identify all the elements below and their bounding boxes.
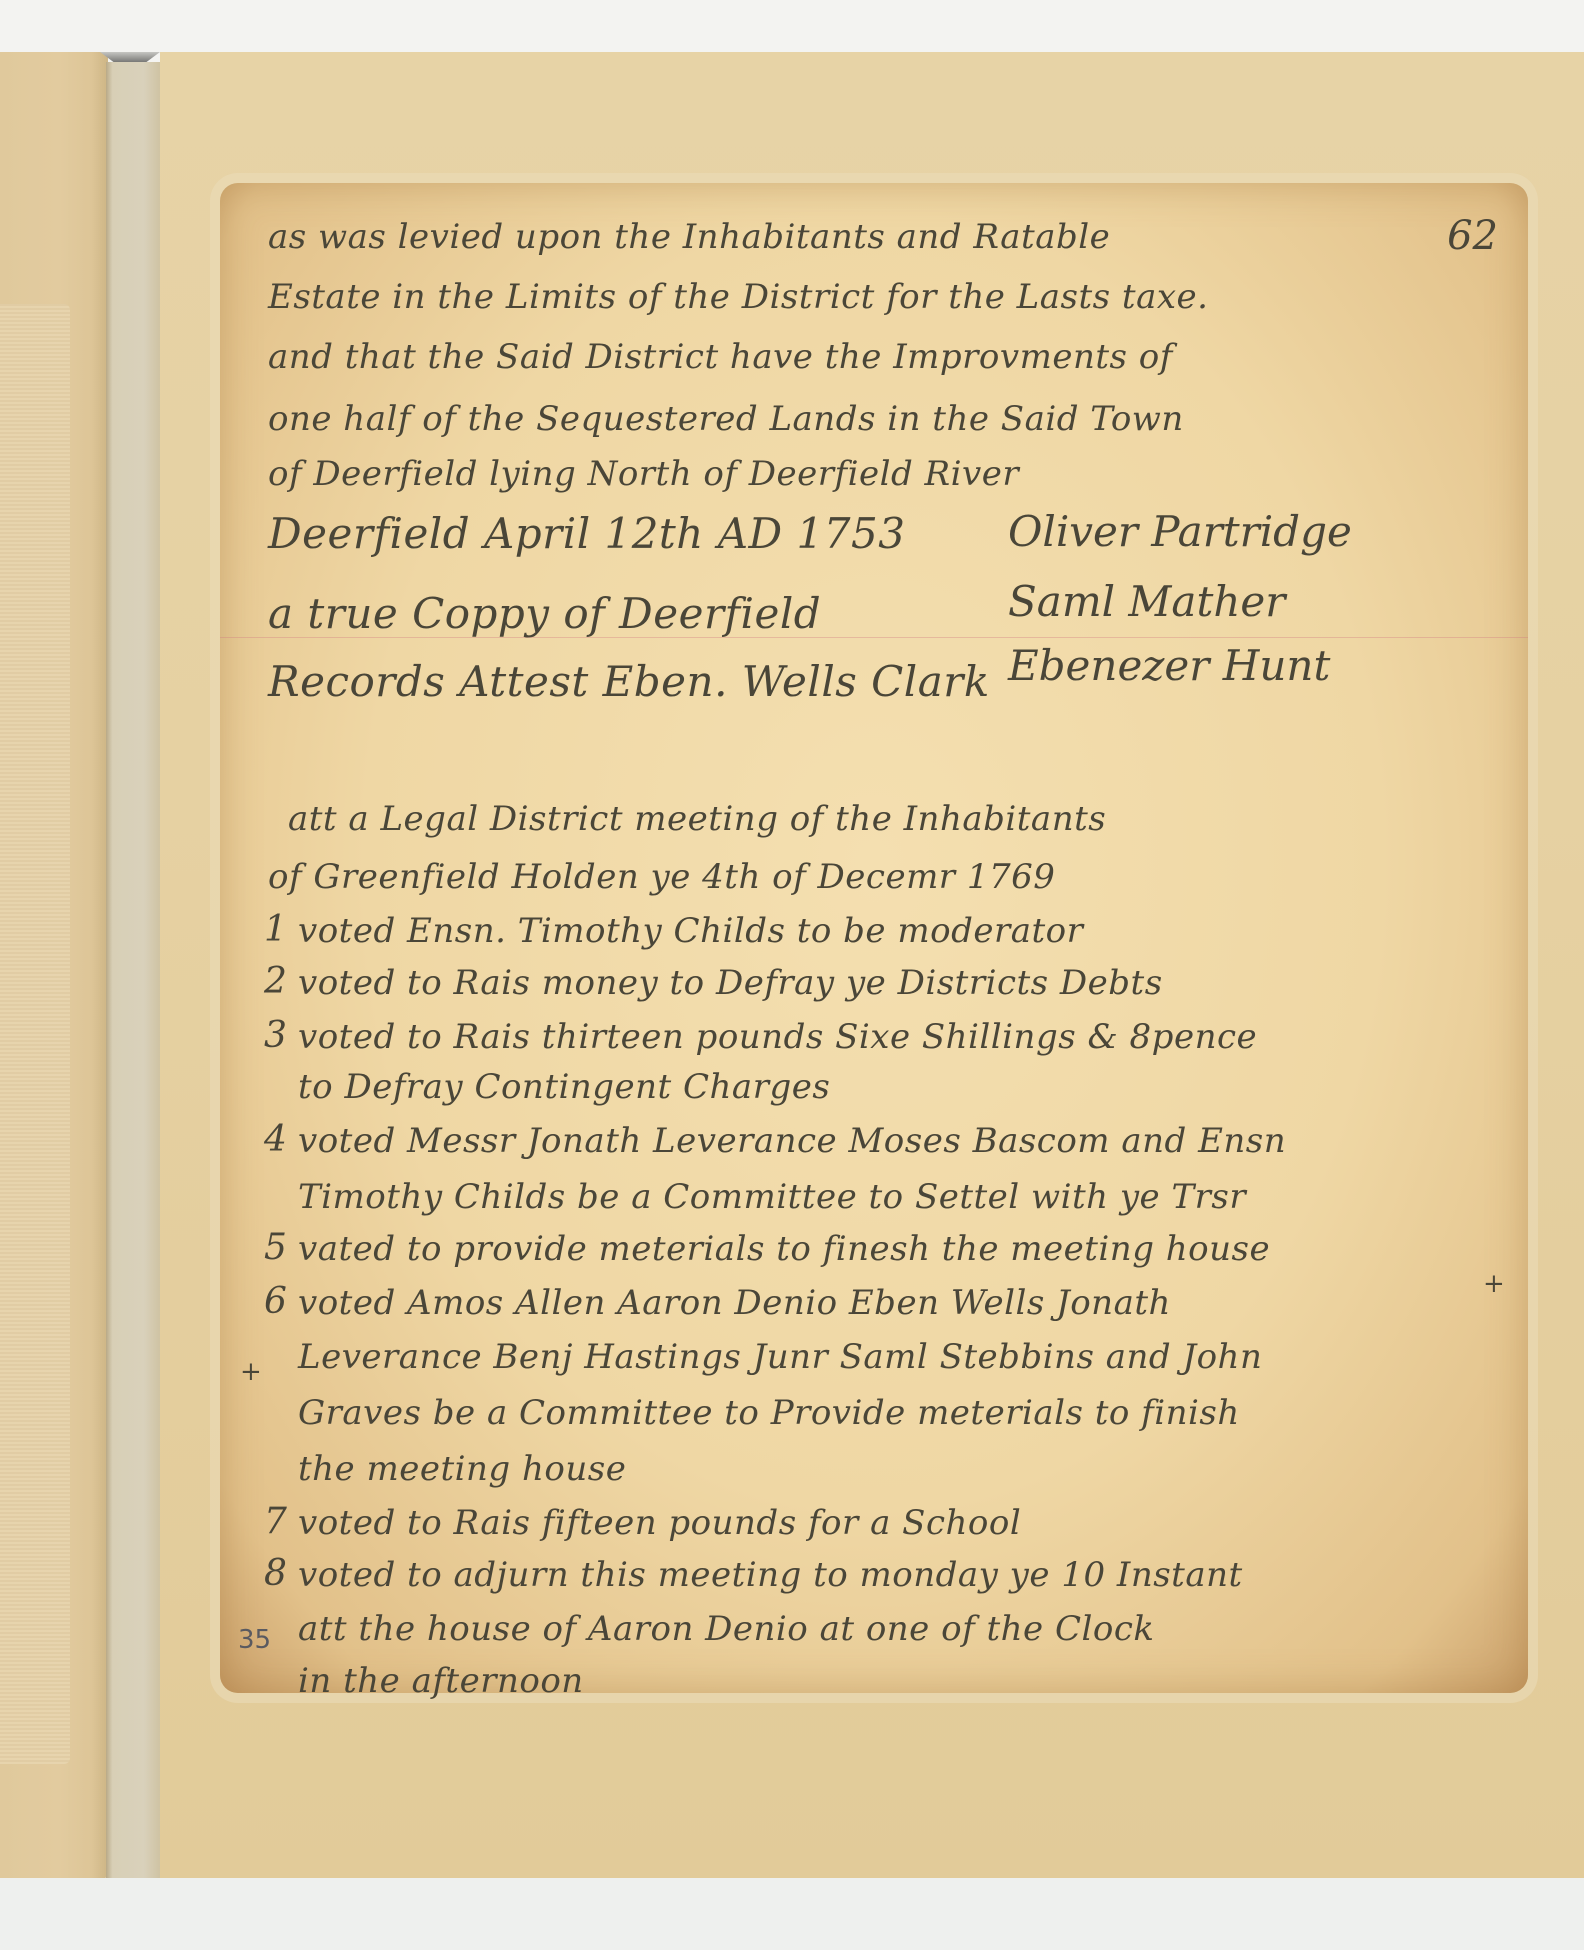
- signatory: Ebenezer Hunt: [1008, 641, 1330, 690]
- text-line: Estate in the Limits of the District for…: [268, 277, 1208, 317]
- vote-number: 1: [264, 909, 287, 950]
- signatory: Oliver Partridge: [1008, 507, 1352, 556]
- text-line: one half of the Sequestered Lands in the…: [268, 399, 1184, 439]
- scan-background-top: [0, 0, 1584, 52]
- vote-number: 5: [264, 1227, 287, 1268]
- vote-number: 4: [264, 1119, 287, 1160]
- left-page-cloth-hinge: [0, 304, 70, 1764]
- vote-line: att the house of Aaron Denio at one of t…: [298, 1609, 1154, 1649]
- text-line: of Deerfield lying North of Deerfield Ri…: [268, 454, 1019, 494]
- vote-line: in the afternoon: [298, 1661, 584, 1701]
- vote-line: vated to provide meterials to finesh the…: [298, 1229, 1270, 1269]
- vote-line: voted to Rais money to Defray ye Distric…: [298, 963, 1163, 1003]
- left-facing-page: [0, 52, 108, 1884]
- vote-line: voted to Rais thirteen pounds Sixe Shill…: [298, 1017, 1257, 1057]
- vote-line: Timothy Childs be a Committee to Settel …: [298, 1177, 1246, 1217]
- vote-line: voted to adjurn this meeting to monday y…: [298, 1555, 1243, 1595]
- manuscript-leaf: 62 as was levied upon the Inhabitants an…: [220, 183, 1528, 1693]
- vote-line: Leverance Benj Hastings Junr Saml Stebbi…: [298, 1337, 1262, 1377]
- date-line: Deerfield April 12th AD 1753: [268, 509, 905, 558]
- vote-number: 6: [264, 1281, 287, 1322]
- vote-number: 3: [264, 1015, 287, 1056]
- folio-number: 62: [1447, 213, 1498, 259]
- vote-number: 7: [264, 1501, 287, 1542]
- meeting-heading: att a Legal District meeting of the Inha…: [288, 799, 1106, 839]
- vote-line: voted Ensn. Timothy Childs to be moderat…: [298, 911, 1083, 951]
- manuscript-text-area: 62 as was levied upon the Inhabitants an…: [268, 209, 1488, 1673]
- pencil-page-number: 35: [238, 1625, 271, 1655]
- signatory: Saml Mather: [1008, 577, 1285, 626]
- vote-number: 2: [264, 961, 287, 1002]
- binding-gutter: [106, 62, 162, 1882]
- vote-line: voted Messr Jonath Leverance Moses Basco…: [298, 1121, 1286, 1161]
- vote-line: to Defray Contingent Charges: [298, 1067, 830, 1107]
- vote-line: voted to Rais fifteen pounds for a Schoo…: [298, 1503, 1021, 1543]
- scan-background-bottom: [0, 1878, 1584, 1950]
- meeting-heading: of Greenfield Holden ye 4th of Decemr 17…: [268, 857, 1055, 897]
- attestation-line: Records Attest Eben. Wells Clark: [268, 657, 990, 706]
- margin-cross-mark: +: [240, 1357, 262, 1387]
- margin-cross-mark: +: [1483, 1269, 1505, 1299]
- text-line: as was levied upon the Inhabitants and R…: [268, 217, 1110, 257]
- attestation-line: a true Coppy of Deerfield: [268, 589, 821, 638]
- vote-line: Graves be a Committee to Provide meteria…: [298, 1393, 1240, 1433]
- vote-number: 8: [264, 1553, 287, 1594]
- vote-line: voted Amos Allen Aaron Denio Eben Wells …: [298, 1283, 1171, 1323]
- vote-line: the meeting house: [298, 1449, 626, 1489]
- text-line: and that the Said District have the Impr…: [268, 337, 1173, 377]
